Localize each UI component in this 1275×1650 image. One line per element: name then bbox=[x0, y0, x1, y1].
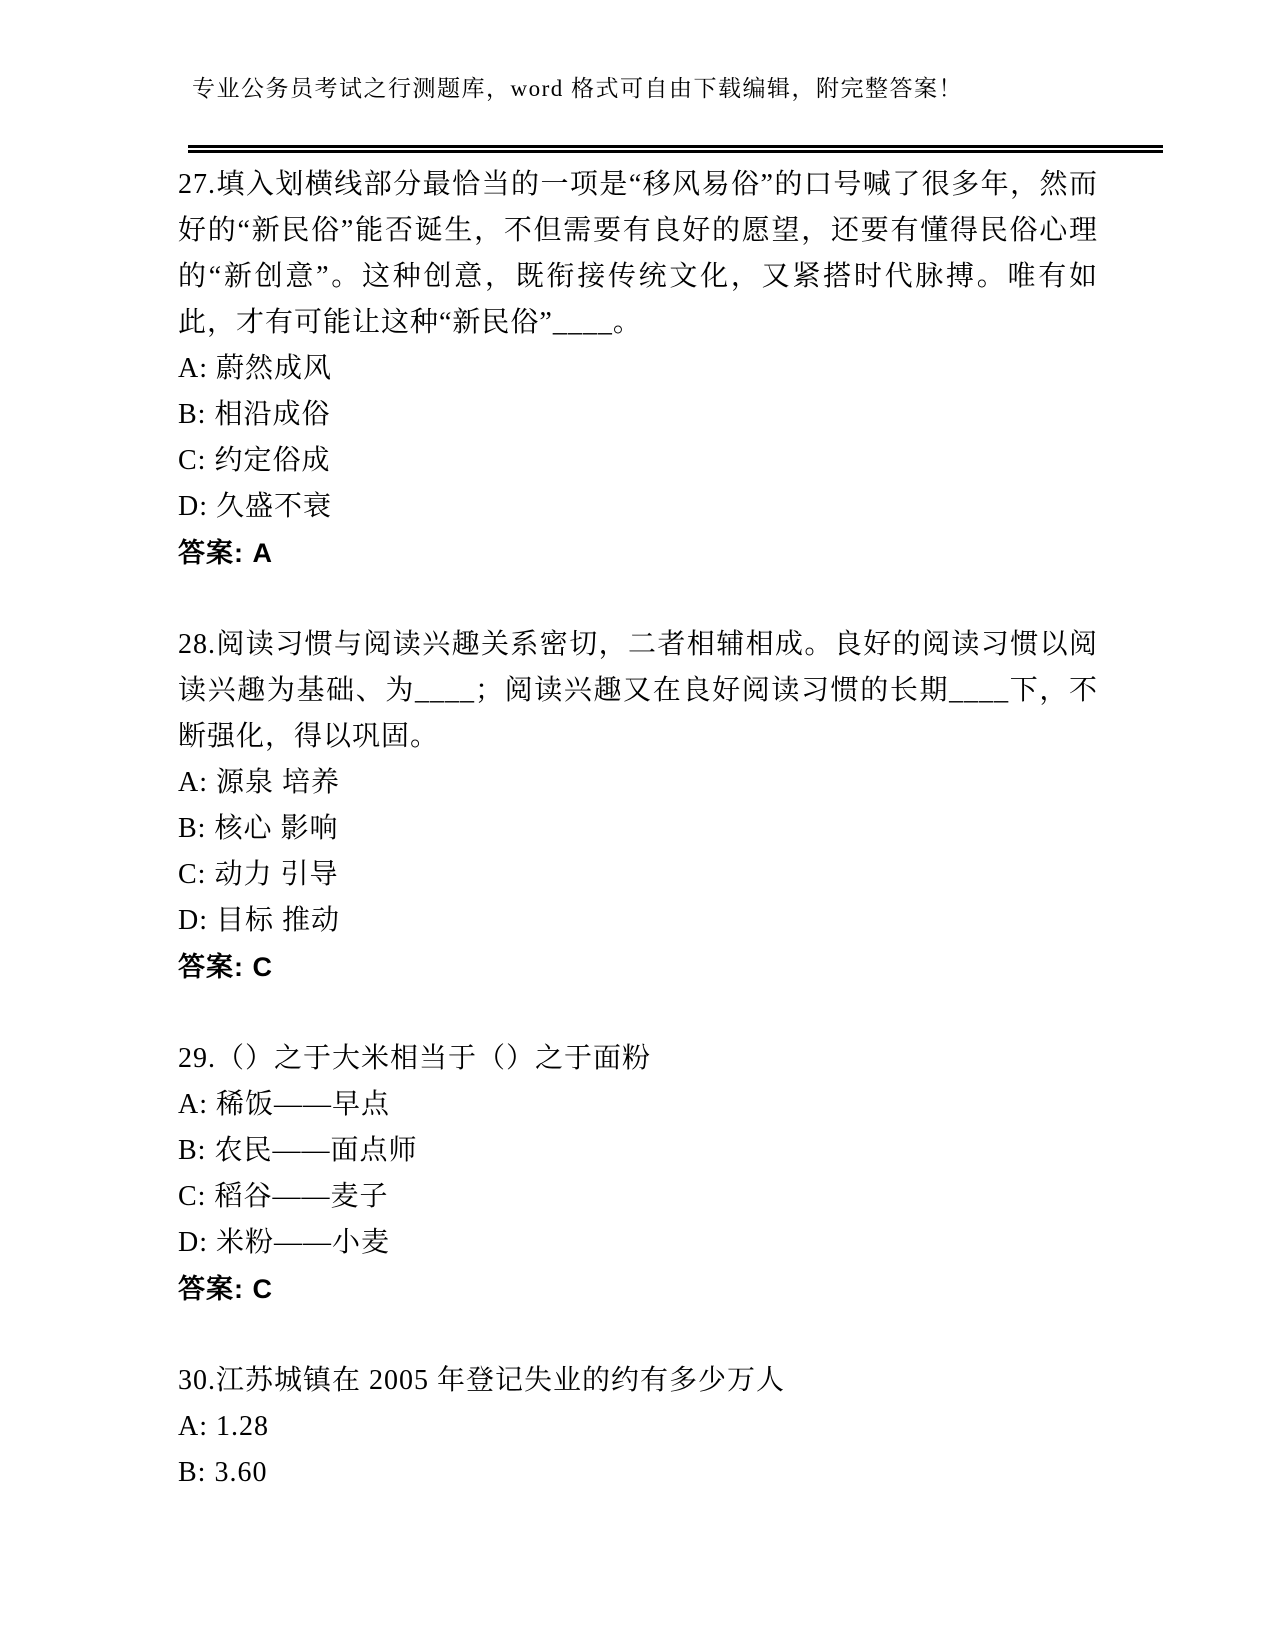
header-divider bbox=[188, 145, 1163, 153]
answer-line: 答案: A bbox=[178, 530, 1098, 576]
question-block: 27.填入划横线部分最恰当的一项是“移风易俗”的口号喊了很多年，然而好的“新民俗… bbox=[178, 162, 1098, 576]
answer-line: 答案: C bbox=[178, 944, 1098, 990]
option-line: A: 蔚然成风 bbox=[178, 346, 1098, 392]
question-text: 27.填入划横线部分最恰当的一项是“移风易俗”的口号喊了很多年，然而好的“新民俗… bbox=[178, 162, 1098, 346]
question-block: 28.阅读习惯与阅读兴趣关系密切，二者相辅相成。良好的阅读习惯以阅读兴趣为基础、… bbox=[178, 622, 1098, 990]
question-text: 29.（）之于大米相当于（）之于面粉 bbox=[178, 1036, 1098, 1082]
option-line: B: 相沿成俗 bbox=[178, 392, 1098, 438]
question-block: 29.（）之于大米相当于（）之于面粉A: 稀饭——早点B: 农民——面点师C: … bbox=[178, 1036, 1098, 1312]
questions-list: 27.填入划横线部分最恰当的一项是“移风易俗”的口号喊了很多年，然而好的“新民俗… bbox=[178, 162, 1098, 1542]
option-line: A: 稀饭——早点 bbox=[178, 1082, 1098, 1128]
option-line: C: 约定俗成 bbox=[178, 438, 1098, 484]
option-line: B: 农民——面点师 bbox=[178, 1128, 1098, 1174]
option-line: A: 1.28 bbox=[178, 1404, 1098, 1450]
option-line: D: 目标 推动 bbox=[178, 898, 1098, 944]
option-line: C: 动力 引导 bbox=[178, 852, 1098, 898]
header-title: 专业公务员考试之行测题库，word 格式可自由下载编辑，附完整答案！ bbox=[192, 70, 963, 103]
question-text: 30.江苏城镇在 2005 年登记失业的约有多少万人 bbox=[178, 1358, 1098, 1404]
option-line: C: 稻谷——麦子 bbox=[178, 1174, 1098, 1220]
option-line: D: 米粉——小麦 bbox=[178, 1220, 1098, 1266]
option-line: D: 久盛不衰 bbox=[178, 484, 1098, 530]
option-line: B: 3.60 bbox=[178, 1450, 1098, 1496]
question-text: 28.阅读习惯与阅读兴趣关系密切，二者相辅相成。良好的阅读习惯以阅读兴趣为基础、… bbox=[178, 622, 1098, 760]
option-line: B: 核心 影响 bbox=[178, 806, 1098, 852]
option-line: A: 源泉 培养 bbox=[178, 760, 1098, 806]
answer-line: 答案: C bbox=[178, 1266, 1098, 1312]
question-block: 30.江苏城镇在 2005 年登记失业的约有多少万人A: 1.28B: 3.60 bbox=[178, 1358, 1098, 1496]
document-page: 专业公务员考试之行测题库，word 格式可自由下载编辑，附完整答案！ 27.填入… bbox=[0, 0, 1275, 1650]
